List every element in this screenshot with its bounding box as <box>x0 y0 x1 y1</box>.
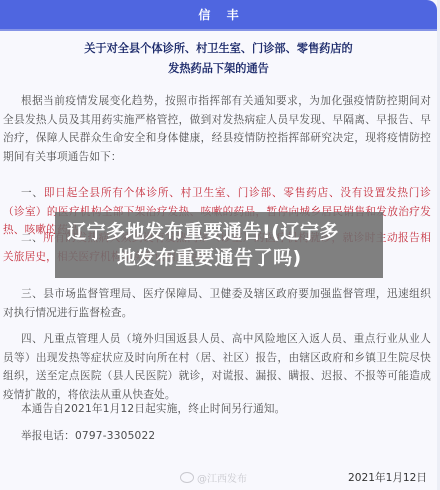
notice-title: 关于对全县个体诊所、村卫生室、门诊部、零售药店的 发热药品下架的通告 <box>0 39 437 79</box>
overlay-line2: 地发布重要通告了吗) <box>55 245 383 271</box>
header-bar: 信 丰 <box>0 0 437 31</box>
header-title: 信 丰 <box>192 6 244 23</box>
item-four-lead: 四、 <box>21 333 43 345</box>
notice-title-line1: 关于对全县个体诊所、村卫生室、门诊部、零售药店的 <box>0 39 437 59</box>
intro-paragraph: 根据当前疫情发展变化趋势，按照市指挥部有关通知要求，为加化强疫情防控期间对全县发… <box>3 92 431 166</box>
item-one-lead: 一、 <box>21 187 44 199</box>
weibo-icon <box>180 472 194 483</box>
notice-date: 2021年1月12日 <box>348 470 427 485</box>
headline-overlay: 辽宁多地发布重要通告!(辽宁多 地发布重要通告了吗) <box>55 212 383 278</box>
watermark-text: @江西发布 <box>197 470 247 485</box>
item-four-paragraph: 四、凡重点管理人员（境外归国返县人员、高中风险地区入返人员、重点行业从业人员等）… <box>3 330 431 404</box>
item-three-lead: 三、 <box>21 288 43 300</box>
weibo-watermark: @江西发布 <box>180 470 247 485</box>
overlay-line1: 辽宁多地发布重要通告!(辽宁多 <box>55 219 383 245</box>
item-three-text: 县市场监督管理局、医疗保障局、卫健委及辖区政府要加强监督管理，迅速组织对执行情况… <box>3 288 431 319</box>
item-three-paragraph: 三、县市场监督管理局、医疗保障局、卫健委及辖区政府要加强监督管理，迅速组织对执行… <box>3 285 431 322</box>
item-four-text: 凡重点管理人员（境外归国返县人员、高中风险地区入返人员、重点行业从业人员等）出现… <box>3 333 431 401</box>
item-two-lead: 二、 <box>21 232 43 244</box>
notice-title-line2: 发热药品下架的通告 <box>0 59 437 79</box>
notice-page: 信 丰 关于对全县个体诊所、村卫生室、门诊部、零售药店的 发热药品下架的通告 根… <box>0 0 437 490</box>
report-phone-text: 举报电话：0797-3305022 <box>3 427 431 446</box>
effective-date-text: 本通告自2021年1月12日起实施，终止时间另行通知。 <box>3 400 431 419</box>
